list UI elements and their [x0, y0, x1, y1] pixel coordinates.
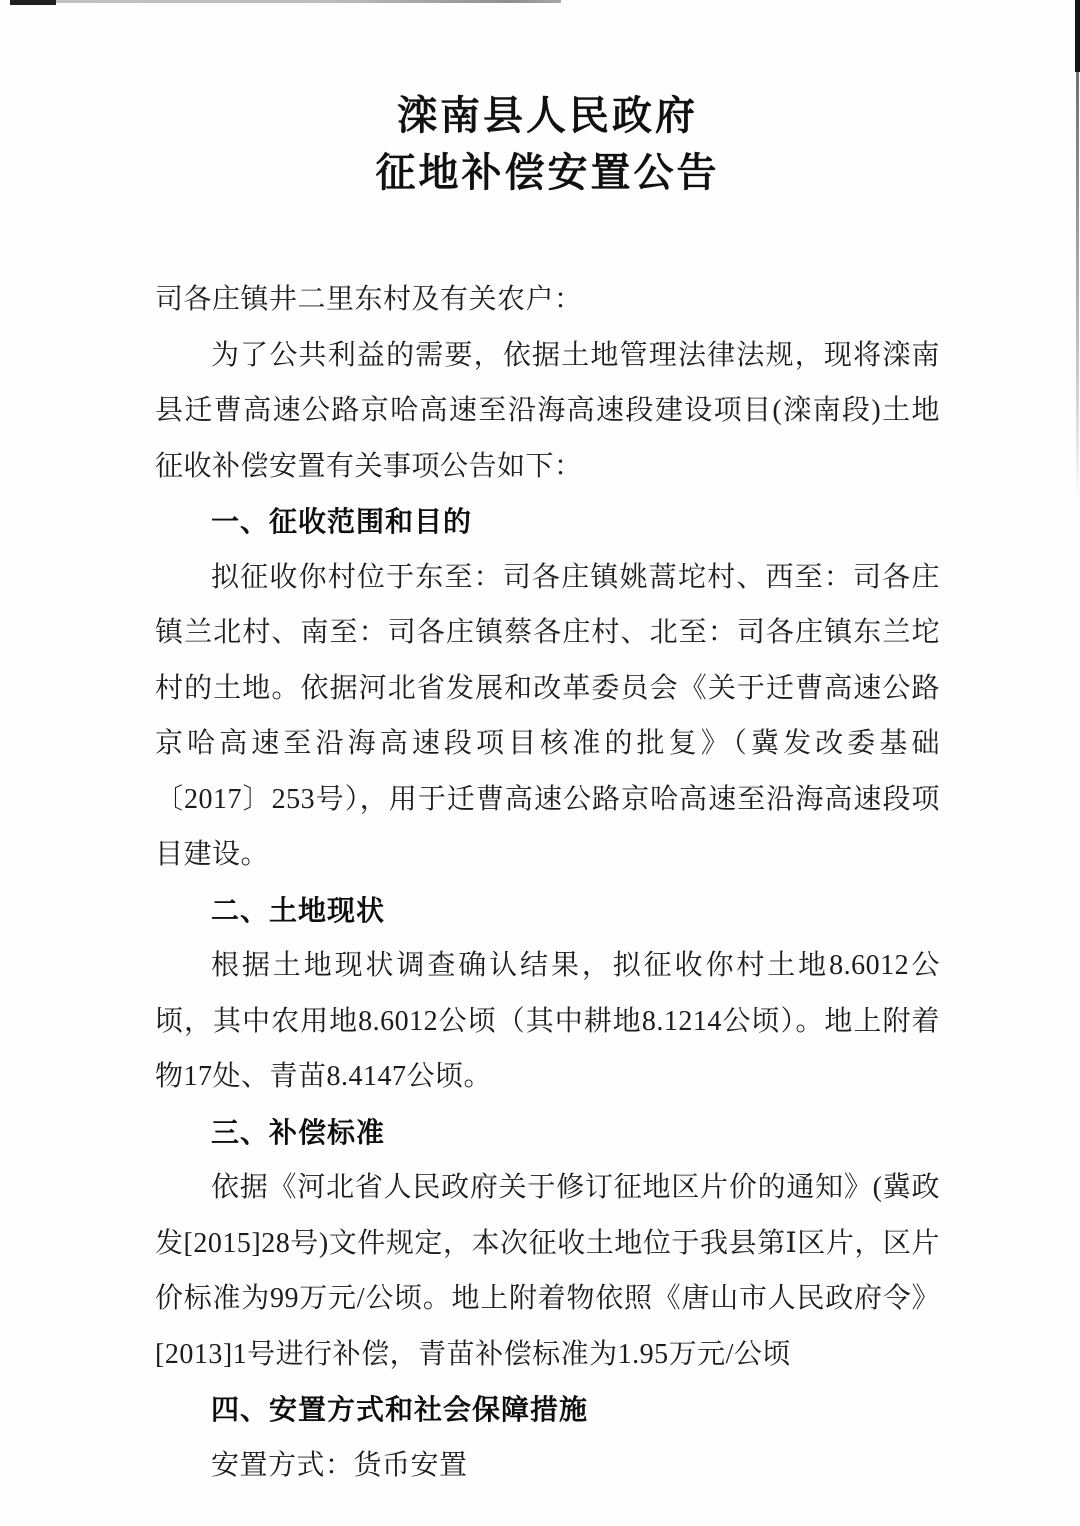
salutation-line: 司各庄镇井二里东村及有关农户：	[155, 272, 940, 328]
document-body: 司各庄镇井二里东村及有关农户： 为了公共利益的需要，依据土地管理法律法规，现将滦…	[155, 272, 940, 1493]
document-content: 滦南县人民政府 征地补偿安置公告 司各庄镇井二里东村及有关农户： 为了公共利益的…	[0, 0, 1080, 1493]
intro-paragraph: 为了公共利益的需要，依据土地管理法律法规，现将滦南县迁曹高速公路京哈高速至沿海高…	[155, 328, 940, 495]
title-line-announcement: 征地补偿安置公告	[155, 145, 940, 202]
section-1-paragraph: 拟征收你村位于东至：司各庄镇姚蒿坨村、西至：司各庄镇兰北村、南至：司各庄镇蔡各庄…	[155, 550, 940, 883]
section-2-paragraph: 根据土地现状调查确认结果，拟征收你村土地8.6012公顷，其中农用地8.6012…	[155, 938, 940, 1105]
section-3-heading: 三、补偿标准	[155, 1105, 940, 1161]
document-title: 滦南县人民政府 征地补偿安置公告	[155, 88, 940, 202]
section-2-heading: 二、土地现状	[155, 883, 940, 939]
section-1-heading: 一、征收范围和目的	[155, 494, 940, 550]
section-3-paragraph: 依据《河北省人民政府关于修订征地区片价的通知》(冀政发[2015]28号)文件规…	[155, 1160, 940, 1382]
title-line-government: 滦南县人民政府	[155, 88, 940, 145]
scanned-announcement-page: 滦南县人民政府 征地补偿安置公告 司各庄镇井二里东村及有关农户： 为了公共利益的…	[0, 0, 1080, 1526]
section-4-paragraph: 安置方式：货币安置	[155, 1438, 940, 1494]
section-4-heading: 四、安置方式和社会保障措施	[155, 1382, 940, 1438]
